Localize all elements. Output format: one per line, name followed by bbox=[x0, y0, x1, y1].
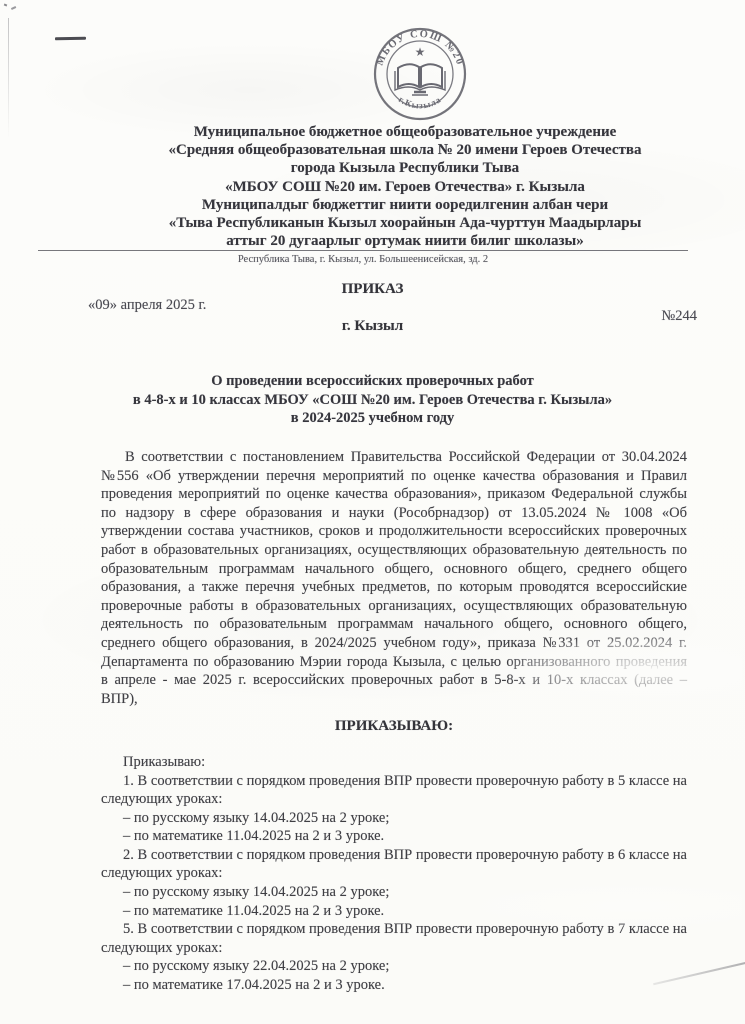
subject-line: О проведении всероссийских проверочных р… bbox=[60, 372, 685, 391]
letterhead-line: Муниципальное бюджетное общеобразователь… bbox=[70, 123, 740, 141]
scan-corner-mark bbox=[4, 4, 8, 7]
order-subject: О проведении всероссийских проверочных р… bbox=[60, 372, 685, 428]
school-seal-graphic: МБОУ СОШ №20 г.Кызыла ★ bbox=[372, 26, 468, 122]
seal-bottom-text: г.Кызыла bbox=[397, 94, 443, 110]
order-date: «09» апреля 2025 г. bbox=[88, 297, 206, 314]
directive-intro: 5. В соответствии с порядком проведения … bbox=[101, 920, 687, 957]
letterhead-line: аттыг 20 дугаарлыг ортумак ниити билиг ш… bbox=[70, 232, 740, 250]
letterhead-line: Муниципалдыг бюджеттиг ниити ооредилгени… bbox=[70, 196, 740, 214]
scan-edge-line bbox=[8, 18, 9, 138]
open-book-icon bbox=[395, 64, 445, 95]
directive-intro: 1. В соответствии с порядком проведения … bbox=[101, 772, 687, 809]
letterhead-line: «Средняя общеобразовательная школа № 20 … bbox=[70, 141, 740, 159]
directive-bullet: – по математике 11.04.2025 на 2 и 3 урок… bbox=[123, 827, 687, 846]
star-icon: ★ bbox=[415, 45, 426, 59]
directive-item: 5. В соответствии с порядком проведения … bbox=[101, 920, 687, 994]
directive-bullet: – по математике 17.04.2025 на 2 и 3 урок… bbox=[123, 976, 687, 995]
document-type: ПРИКАЗ bbox=[0, 281, 745, 298]
order-city: г. Кызыл bbox=[0, 318, 745, 335]
letterhead-divider bbox=[38, 250, 688, 251]
order-body: В соответствии с постановлением Правител… bbox=[101, 448, 687, 995]
subject-line: в 2024-2025 учебном году bbox=[60, 409, 685, 428]
letterhead-line: города Кызыла Республики Тыва bbox=[70, 159, 740, 177]
letterhead-line: «Тыва Республиканын Кызыл хоорайнын Ада-… bbox=[70, 214, 740, 232]
resolution-heading: ПРИКАЗЫВАЮ: bbox=[101, 717, 687, 736]
directive-bullet: – по математике 11.04.2025 на 2 и 3 урок… bbox=[123, 902, 687, 921]
preamble-paragraph: В соответствии с постановлением Правител… bbox=[101, 448, 687, 708]
scan-corner-mark bbox=[11, 6, 16, 9]
scan-pen-dash bbox=[55, 37, 86, 40]
directive-bullet: – по русскому языку 14.04.2025 на 2 урок… bbox=[123, 883, 687, 902]
subject-line: в 4-8-х и 10 классах МБОУ «СОШ №20 им. Г… bbox=[60, 391, 685, 410]
directive-item: 1. В соответствии с порядком проведения … bbox=[101, 772, 687, 846]
letterhead-line: «МБОУ СОШ №20 им. Героев Отечества» г. К… bbox=[70, 178, 740, 196]
scanned-order-document: МБОУ СОШ №20 г.Кызыла ★ Муниципальное бю… bbox=[0, 0, 745, 1024]
school-seal: МБОУ СОШ №20 г.Кызыла ★ bbox=[372, 26, 468, 122]
directive-bullet: – по русскому языку 22.04.2025 на 2 урок… bbox=[123, 957, 687, 976]
directive-bullet: – по русскому языку 14.04.2025 на 2 урок… bbox=[123, 809, 687, 828]
letterhead: Муниципальное бюджетное общеобразователь… bbox=[70, 123, 740, 250]
school-address: Республика Тыва, г. Кызыл, ул. Большеени… bbox=[38, 254, 688, 265]
order-heading: ПРИКАЗ «09» апреля 2025 г. №244 г. Кызыл bbox=[0, 281, 745, 337]
resolution-lead: Приказываю: bbox=[101, 753, 687, 772]
directive-item: 2. В соответствии с порядком проведения … bbox=[101, 846, 687, 920]
directive-intro: 2. В соответствии с порядком проведения … bbox=[101, 846, 687, 883]
